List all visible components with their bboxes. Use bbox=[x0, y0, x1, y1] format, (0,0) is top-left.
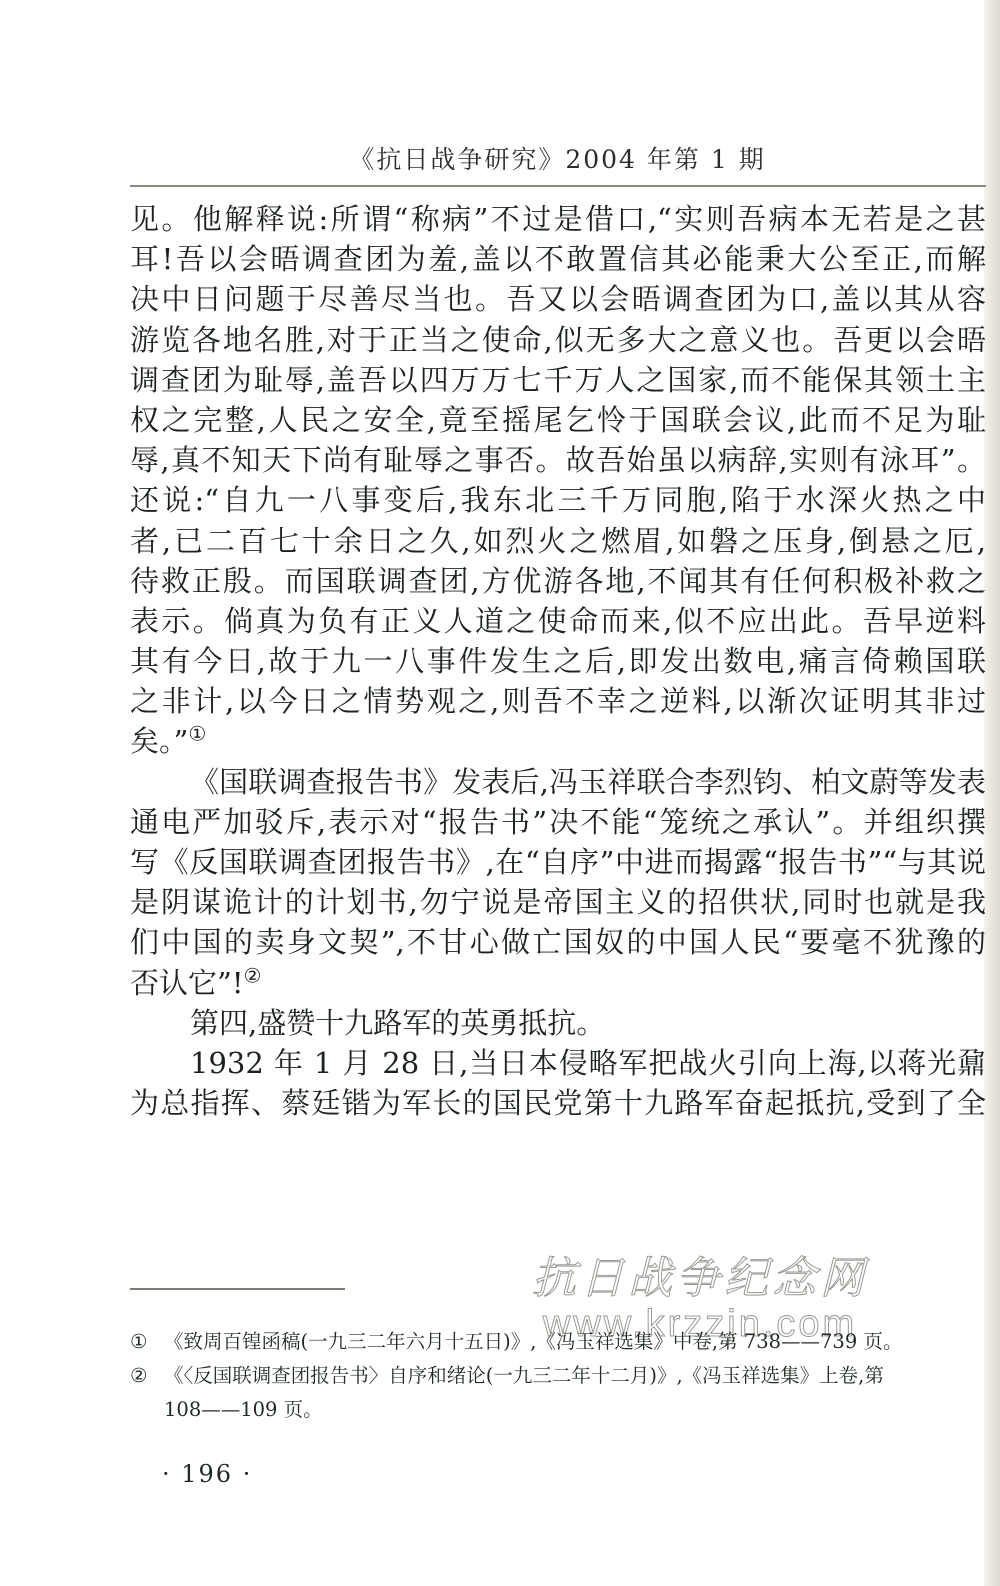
line-text: 通电严加驳斥,表示对“报告书”决不能“笼统之承认”。并组织撰 bbox=[130, 805, 986, 839]
text-line: 矣。”① bbox=[130, 721, 986, 761]
line-text: 耳!吾以会晤调查团为羞,盖以不敢置信其必能秉大公至正,而解 bbox=[130, 242, 986, 276]
line-text: 其有今日,故于九一八事件发生之后,即发出数电,痛言倚赖国联 bbox=[130, 644, 986, 678]
text-line: 其有今日,故于九一八事件发生之后,即发出数电,痛言倚赖国联 bbox=[130, 641, 986, 681]
text-line: 之非计,以今日之情势观之,则吾不幸之逆料,以渐次证明其非过 bbox=[130, 681, 986, 721]
text-line: 是阴谋诡计的计划书,勿宁说是帝国主义的招供状,同时也就是我 bbox=[130, 882, 986, 922]
footnote-text: 《致周百锽函稿(一九三二年六月十五日)》,《冯玉祥选集》中卷,第 738——73… bbox=[164, 1325, 986, 1359]
line-text: 《国联调查报告书》发表后,冯玉祥联合李烈钧、柏文蔚等发表 bbox=[190, 765, 986, 799]
page-gutter-shadow bbox=[984, 0, 1000, 1586]
text-line: 决中日问题于尽善尽当也。吾又以会晤调查团为口,盖以其从容 bbox=[130, 279, 986, 319]
text-line: 待救正殷。而国联调查团,方优游各地,不闻其有任何积极补救之 bbox=[130, 561, 986, 601]
watermark-cn: 抗日战争纪念网 bbox=[510, 1254, 890, 1304]
line-text: 之非计,以今日之情势观之,则吾不幸之逆料,以渐次证明其非过 bbox=[130, 684, 986, 718]
line-text: 游览各地名胜,对于正当之使命,似无多大之意义也。吾更以会晤 bbox=[130, 323, 986, 357]
text-line: 第四,盛赞十九路军的英勇抵抗。 bbox=[130, 1003, 986, 1043]
text-line: 游览各地名胜,对于正当之使命,似无多大之意义也。吾更以会晤 bbox=[130, 320, 986, 360]
text-line: 还说:“自九一八事变后,我东北三千万同胞,陷于水深火热之中 bbox=[130, 480, 986, 520]
line-text: 为总指挥、蔡廷锴为军长的国民党第十九路军奋起抵抗,受到了全 bbox=[130, 1086, 986, 1120]
body-text: 见。他解释说:所谓“称病”不过是借口,“实则吾病本无若是之甚耳!吾以会晤调查团为… bbox=[130, 199, 986, 1123]
text-line: 者,已二百七十余日之久,如烈火之燃眉,如磐之压身,倒悬之厄, bbox=[130, 521, 986, 561]
text-line: 辱,真不知天下尚有耻辱之事否。故吾始虽以病辞,实则有泳耳”。 bbox=[130, 440, 986, 480]
line-text: 者,已二百七十余日之久,如烈火之燃眉,如磐之压身,倒悬之厄, bbox=[130, 524, 986, 558]
footnote-1: ① 《致周百锽函稿(一九三二年六月十五日)》,《冯玉祥选集》中卷,第 738——… bbox=[130, 1325, 986, 1359]
line-text: 表示。倘真为负有正义人道之使命而来,似不应出此。吾早逆料 bbox=[130, 604, 986, 638]
footnote-mark: ① bbox=[130, 1325, 164, 1359]
line-text: 1932 年 1 月 28 日,当日本侵略军把战火引向上海,以蒋光鼐 bbox=[190, 1046, 986, 1080]
text-line: 们中国的卖身文契”,不甘心做亡国奴的中国人民“要毫不犹豫的 bbox=[130, 922, 986, 962]
text-line: 为总指挥、蔡廷锴为军长的国民党第十九路军奋起抵抗,受到了全 bbox=[130, 1083, 986, 1123]
line-text: 写《反国联调查团报告书》,在“自序”中进而揭露“报告书”“与其说 bbox=[130, 845, 986, 879]
line-text: 第四,盛赞十九路军的英勇抵抗。 bbox=[190, 1006, 605, 1040]
line-text: 权之完整,人民之安全,竟至摇尾乞怜于国联会议,此而不足为耻 bbox=[130, 403, 986, 437]
footnote-rule bbox=[130, 1288, 345, 1290]
footnote-reference: ② bbox=[243, 963, 261, 987]
text-line: 否认它”!② bbox=[130, 963, 986, 1003]
text-line: 通电严加驳斥,表示对“报告书”决不能“笼统之承认”。并组织撰 bbox=[130, 802, 986, 842]
line-text: 否认它”! bbox=[130, 966, 243, 1000]
footnotes: ① 《致周百锽函稿(一九三二年六月十五日)》,《冯玉祥选集》中卷,第 738——… bbox=[130, 1325, 986, 1427]
line-text: 调查团为耻辱,盖吾以四万万七千万人之国家,而不能保其领土主 bbox=[130, 363, 986, 397]
line-text: 还说:“自九一八事变后,我东北三千万同胞,陷于水深火热之中 bbox=[130, 483, 986, 517]
line-text: 待救正殷。而国联调查团,方优游各地,不闻其有任何积极补救之 bbox=[130, 564, 986, 598]
text-line: 1932 年 1 月 28 日,当日本侵略军把战火引向上海,以蒋光鼐 bbox=[130, 1043, 986, 1083]
line-text: 决中日问题于尽善尽当也。吾又以会晤调查团为口,盖以其从容 bbox=[130, 282, 986, 316]
text-line: 调查团为耻辱,盖吾以四万万七千万人之国家,而不能保其领土主 bbox=[130, 360, 986, 400]
running-head: 《抗日战争研究》2004 年第 1 期 bbox=[130, 140, 985, 176]
text-line: 写《反国联调查团报告书》,在“自序”中进而揭露“报告书”“与其说 bbox=[130, 842, 986, 882]
text-line: 权之完整,人民之安全,竟至摇尾乞怜于国联会议,此而不足为耻 bbox=[130, 400, 986, 440]
footnote-mark: ② bbox=[130, 1359, 164, 1393]
text-line: 表示。倘真为负有正义人道之使命而来,似不应出此。吾早逆料 bbox=[130, 601, 986, 641]
footnote-text: 《〈反国联调查团报告书〉自序和绪论(一九三二年十二月)》,《冯玉祥选集》上卷,第 bbox=[164, 1359, 986, 1393]
page-number: · 196 · bbox=[162, 1460, 252, 1488]
footnote-2-continuation: 108——109 页。 bbox=[130, 1393, 986, 1427]
text-line: 见。他解释说:所谓“称病”不过是借口,“实则吾病本无若是之甚 bbox=[130, 199, 986, 239]
line-text: 矣。” bbox=[130, 724, 188, 758]
header-rule bbox=[130, 185, 986, 187]
text-line: 耳!吾以会晤调查团为羞,盖以不敢置信其必能秉大公至正,而解 bbox=[130, 239, 986, 279]
footnote-2: ② 《〈反国联调查团报告书〉自序和绪论(一九三二年十二月)》,《冯玉祥选集》上卷… bbox=[130, 1359, 986, 1393]
line-text: 见。他解释说:所谓“称病”不过是借口,“实则吾病本无若是之甚 bbox=[130, 202, 986, 236]
footnote-reference: ① bbox=[188, 722, 206, 746]
line-text: 辱,真不知天下尚有耻辱之事否。故吾始虽以病辞,实则有泳耳”。 bbox=[130, 443, 986, 477]
line-text: 们中国的卖身文契”,不甘心做亡国奴的中国人民“要毫不犹豫的 bbox=[130, 925, 986, 959]
text-line: 《国联调查报告书》发表后,冯玉祥联合李烈钧、柏文蔚等发表 bbox=[130, 762, 986, 802]
line-text: 是阴谋诡计的计划书,勿宁说是帝国主义的招供状,同时也就是我 bbox=[130, 885, 986, 919]
